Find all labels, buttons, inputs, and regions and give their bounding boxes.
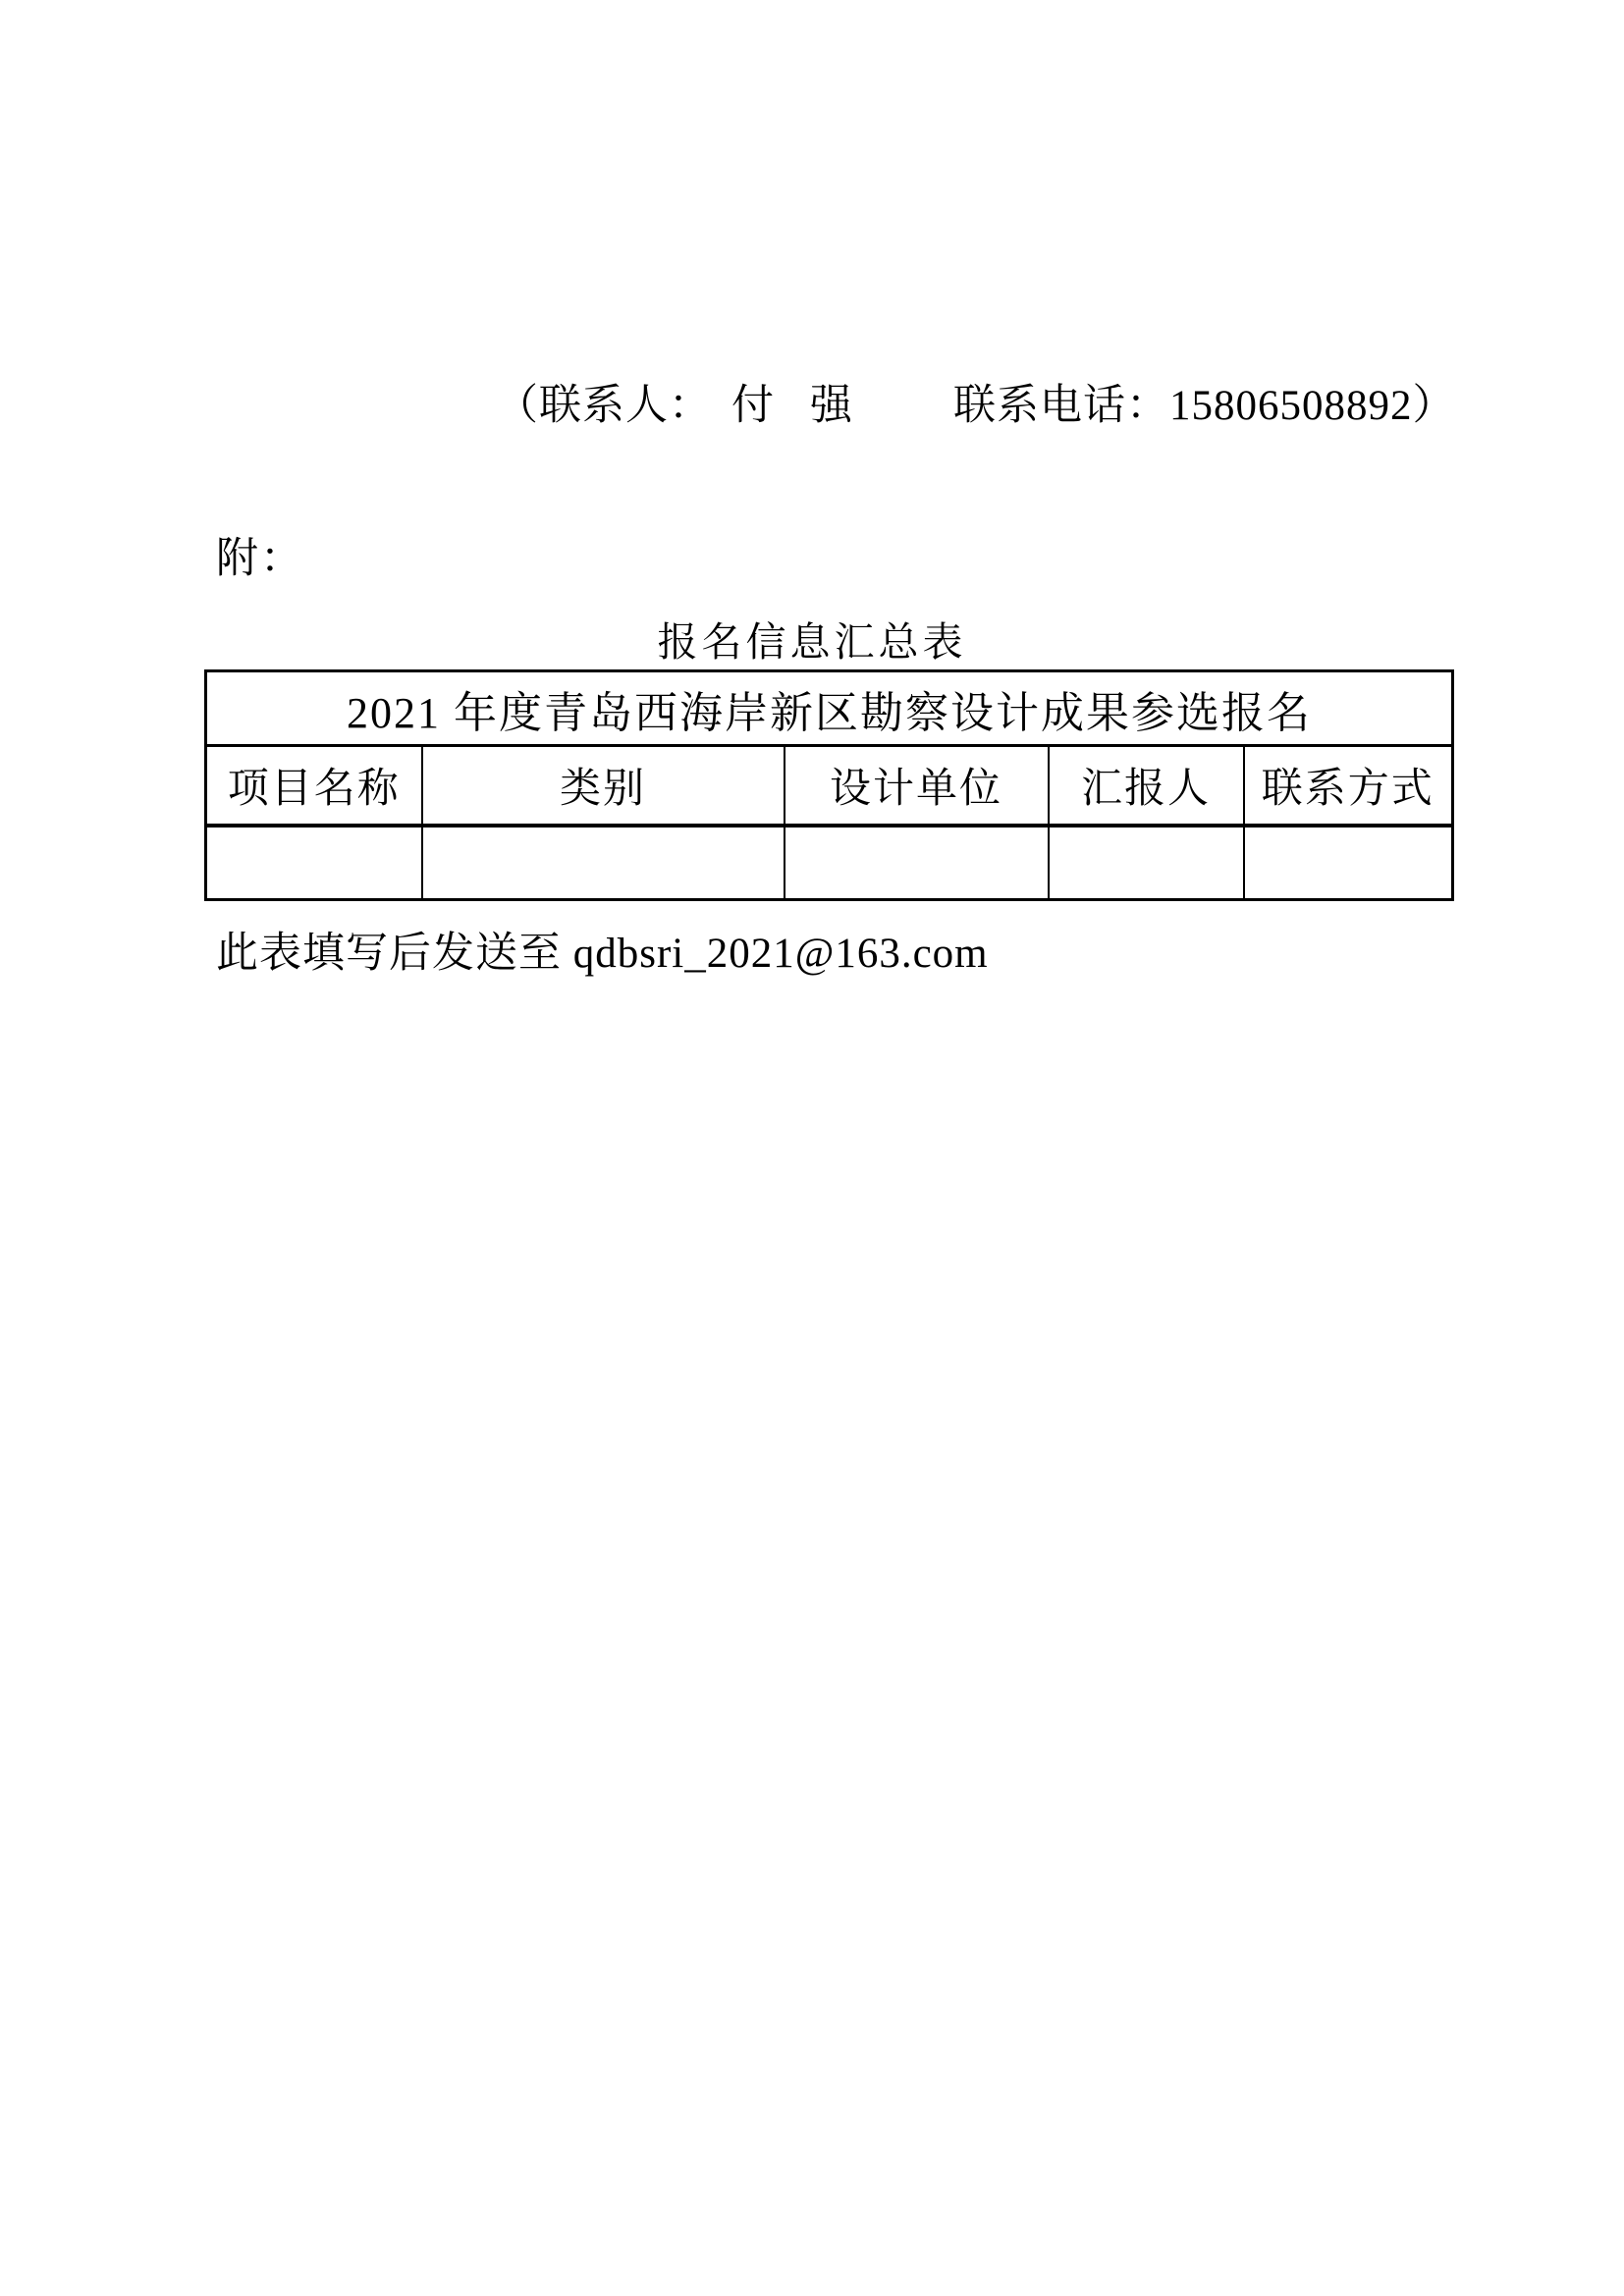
registration-table: 2021 年度青岛西海岸新区勘察设计成果参选报名 项目名称 类别 设计单位 汇报… xyxy=(204,669,1454,901)
contact-person-name-first: 付 xyxy=(731,383,775,429)
contact-person-name-last: 强 xyxy=(810,383,853,429)
column-header-design-unit: 设计单位 xyxy=(785,746,1049,827)
cell-category xyxy=(422,826,785,900)
column-header-reporter: 汇报人 xyxy=(1049,746,1244,827)
cell-reporter xyxy=(1049,826,1244,900)
table-title-row: 2021 年度青岛西海岸新区勘察设计成果参选报名 xyxy=(206,671,1453,746)
contact-phone: 联系电话：15806508892） xyxy=(953,383,1456,429)
table-header-row: 项目名称 类别 设计单位 汇报人 联系方式 xyxy=(206,746,1453,827)
contact-person-label: （联系人： xyxy=(496,383,712,429)
footer-note: 此表填写后发送至 qdbsri_2021@163.com xyxy=(216,929,989,980)
column-header-project-name: 项目名称 xyxy=(206,746,422,827)
table-row xyxy=(206,826,1453,900)
document-page: （联系人：付强联系电话：15806508892） 附： 报名信息汇总表 2021… xyxy=(0,0,1624,2296)
contact-line: （联系人：付强联系电话：15806508892） xyxy=(496,381,1456,432)
table-caption: 报名信息汇总表 xyxy=(0,618,1624,666)
attachment-label: 附： xyxy=(216,534,304,585)
column-header-contact-method: 联系方式 xyxy=(1244,746,1453,827)
table-title: 2021 年度青岛西海岸新区勘察设计成果参选报名 xyxy=(206,671,1453,746)
cell-design-unit xyxy=(785,826,1049,900)
cell-project-name xyxy=(206,826,422,900)
column-header-category: 类别 xyxy=(422,746,785,827)
cell-contact-method xyxy=(1244,826,1453,900)
